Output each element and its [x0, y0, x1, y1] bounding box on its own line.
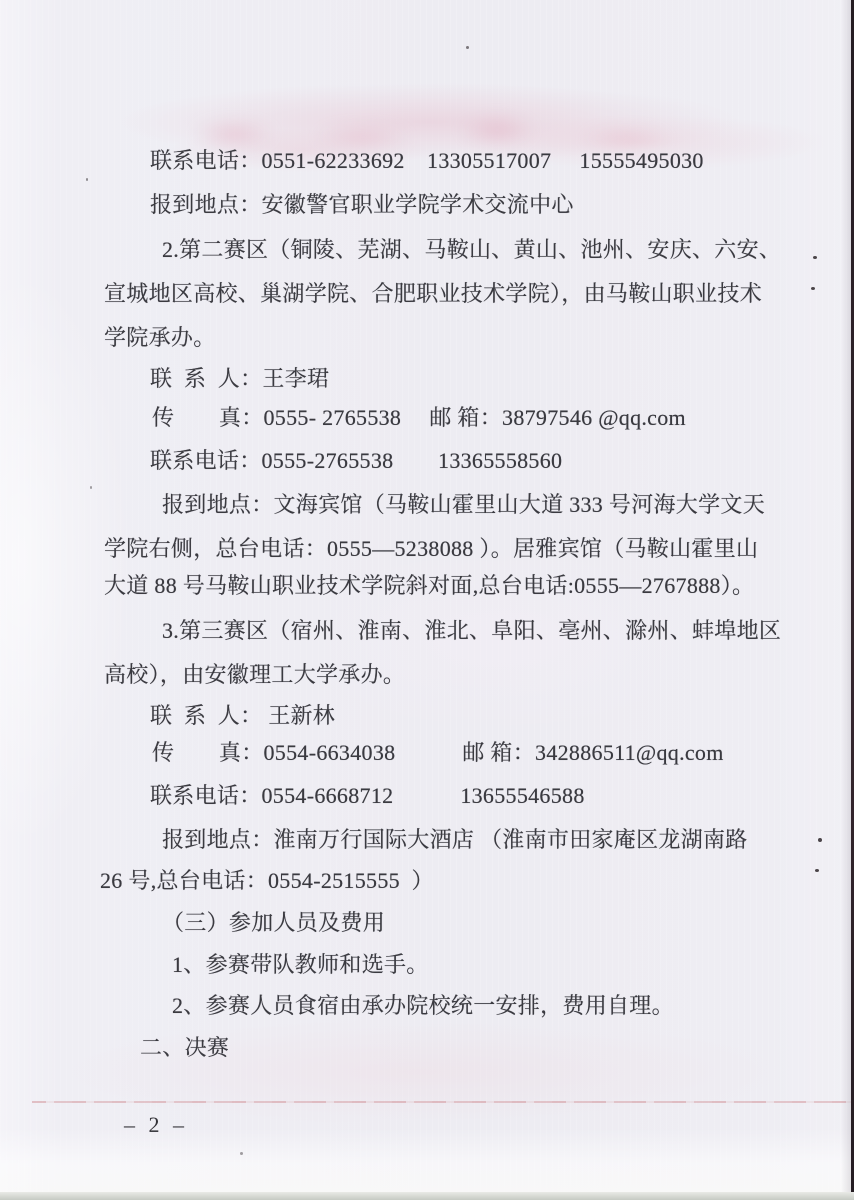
paper-bottom-edge — [0, 1192, 854, 1200]
text-line: 学院右侧，总台电话：0555—5238088 ）。居雅宾馆（马鞍山霍里山 — [104, 536, 758, 561]
text-line: 联 系 人：王李珺 — [150, 366, 329, 391]
scan-speck — [466, 46, 469, 49]
text-line: 传 真：0555- 2765538 邮 箱：38797546 @qq.com — [152, 405, 686, 430]
text-line: 大道 88 号马鞍山职业技术学院斜对面,总台电话:0555—2767888）。 — [104, 573, 754, 598]
text-line: 3.第三赛区（宿州、淮南、淮北、阜阳、亳州、滁州、蚌埠地区 — [162, 618, 781, 643]
text-line: 2.第二赛区（铜陵、芜湖、马鞍山、黄山、池州、安庆、六安、 — [162, 237, 781, 262]
text-line: 高校），由安徽理工大学承办。 — [104, 662, 405, 687]
text-line: 联 系 人： 王新林 — [150, 703, 335, 728]
text-line: 二、决赛 — [140, 1035, 229, 1060]
text-line: 报到地点：文海宾馆（马鞍山霍里山大道 333 号河海大学文天 — [162, 492, 765, 517]
text-line: 报到地点：安徽警官职业学院学术交流中心 — [150, 192, 574, 217]
text-line: 联系电话：0555-2765538 13365558560 — [150, 448, 562, 473]
scan-speck — [818, 838, 822, 842]
scan-speck — [813, 256, 817, 259]
text-line: 报到地点：淮南万行国际大酒店 （淮南市田家庵区龙湖南路 — [162, 827, 748, 852]
text-line: 传 真：0554-6634038 邮 箱：342886511@qq.com — [152, 740, 724, 765]
text-line: 26 号,总台电话：0554-2515555 ） — [100, 868, 434, 893]
text-line: 联系电话：0554-6668712 13655546588 — [150, 783, 585, 808]
text-line: 联系电话：0551-62233692 13305517007 155554950… — [150, 148, 704, 173]
scan-speck — [811, 287, 815, 290]
scan-speck — [815, 869, 819, 872]
scan-speck — [240, 1152, 243, 1155]
scan-speck — [86, 178, 88, 181]
text-line: 2、参赛人员食宿由承办院校统一安排，费用自理。 — [172, 993, 674, 1018]
divider-rule — [32, 1101, 852, 1103]
text-line: 1、参赛带队教师和选手。 — [172, 952, 429, 977]
text-line: （三）参加人员及费用 — [162, 910, 385, 935]
paper-bottom-sheen — [0, 1128, 854, 1192]
scan-speck — [90, 486, 92, 489]
text-line: 宣城地区高校、巢湖学院、合肥职业技术学院），由马鞍山职业技术 — [104, 281, 762, 306]
document-page: 联系电话：0551-62233692 13305517007 155554950… — [0, 0, 854, 1200]
text-line: 学院承办。 — [104, 325, 216, 350]
scan-edge-shadow — [841, 0, 851, 1200]
